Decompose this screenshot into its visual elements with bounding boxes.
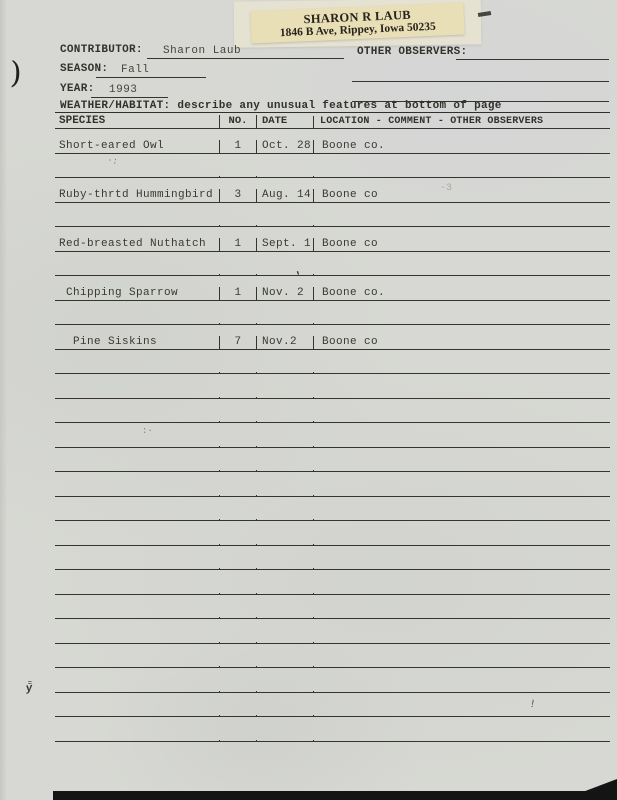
faint-ghost-mark: -3 xyxy=(440,183,452,194)
cell-no xyxy=(219,176,256,177)
cell-species xyxy=(55,421,219,422)
pen-mark-paren: ) xyxy=(9,56,22,91)
cell-species: Chipping Sparrow xyxy=(55,287,219,300)
cell-location xyxy=(313,421,610,422)
cell-no xyxy=(219,397,256,398)
pen-mark-y-bottom: y xyxy=(26,686,33,693)
cell-date xyxy=(256,495,313,496)
cell-date xyxy=(256,740,313,741)
cell-location xyxy=(313,568,610,569)
cell-species xyxy=(55,176,219,177)
table-row-blank xyxy=(55,668,610,693)
cell-location xyxy=(313,740,610,741)
cell-date xyxy=(256,666,313,667)
cell-no: 7 xyxy=(219,336,256,349)
cell-species xyxy=(55,397,219,398)
cell-location xyxy=(313,495,610,496)
table-row-blank xyxy=(55,203,610,228)
cell-species xyxy=(55,446,219,447)
cell-location: Boone co xyxy=(313,238,610,251)
header-date: DATE xyxy=(256,115,313,128)
cell-no xyxy=(219,470,256,471)
cell-location xyxy=(313,691,610,692)
cell-location xyxy=(313,446,610,447)
cell-no: 1 xyxy=(219,238,256,251)
cell-no xyxy=(219,642,256,643)
cell-species xyxy=(55,323,219,324)
table-row-blank xyxy=(55,154,610,179)
cell-location: Boone co xyxy=(313,189,610,202)
cell-no xyxy=(219,568,256,569)
cell-location xyxy=(313,715,610,716)
cell-date xyxy=(256,519,313,520)
cell-location xyxy=(313,593,610,594)
speck-mark-1: ·: xyxy=(106,155,119,167)
cell-location xyxy=(313,642,610,643)
table-row-blank xyxy=(55,252,610,277)
table-row-blank xyxy=(55,521,610,546)
cell-no: 3 xyxy=(219,189,256,202)
cell-date xyxy=(256,323,313,324)
cell-species xyxy=(55,470,219,471)
cell-date xyxy=(256,397,313,398)
cell-no: 1 xyxy=(219,140,256,153)
table-row-blank xyxy=(55,644,610,669)
cell-no xyxy=(219,225,256,226)
table-row-blank xyxy=(55,497,610,522)
header-species: SPECIES xyxy=(55,115,219,128)
cell-date: Oct. 28 xyxy=(256,140,313,153)
table-row-blank xyxy=(55,301,610,326)
scanned-form-page: SHARON R LAUB 1846 B Ave, Rippey, Iowa 5… xyxy=(0,0,617,800)
cell-no xyxy=(219,519,256,520)
cell-no xyxy=(219,372,256,373)
weather-habitat-line: WEATHER/HABITAT: describe any unusual fe… xyxy=(60,100,502,112)
cell-date: Aug. 14 xyxy=(256,189,313,202)
cell-date xyxy=(256,225,313,226)
cell-date xyxy=(256,446,313,447)
cell-no xyxy=(219,544,256,545)
cell-no xyxy=(219,666,256,667)
cell-species xyxy=(55,225,219,226)
table-row-entry: Chipping Sparrow1Nov. 2Boone co. xyxy=(55,276,610,301)
cell-species: Pine Siskins xyxy=(55,336,219,349)
cell-date xyxy=(256,176,313,177)
cell-species: Red-breasted Nuthatch xyxy=(55,238,219,251)
year-label: YEAR: xyxy=(60,83,95,95)
season-value: Fall xyxy=(121,64,149,76)
cell-species xyxy=(55,519,219,520)
table-row-entry: Short-eared Owl1Oct. 28Boone co. xyxy=(55,129,610,154)
table-row-entry: Pine Siskins7Nov.2Boone co xyxy=(55,325,610,350)
season-underline xyxy=(96,63,206,78)
cell-location xyxy=(313,519,610,520)
cell-species: Short-eared Owl xyxy=(55,140,219,153)
cell-species xyxy=(55,715,219,716)
other-observers-label: OTHER OBSERVERS: xyxy=(357,46,467,58)
cell-date xyxy=(256,642,313,643)
table-row-blank xyxy=(55,619,610,644)
cell-no xyxy=(219,617,256,618)
header-no: NO. xyxy=(219,115,256,128)
cell-species xyxy=(55,691,219,692)
speck-mark-2: :· xyxy=(142,426,153,436)
cell-date: Nov.2 xyxy=(256,336,313,349)
table-row-blank xyxy=(55,717,610,742)
cell-location xyxy=(313,176,610,177)
cell-location xyxy=(313,372,610,373)
cell-species: Ruby-thrtd Hummingbird xyxy=(55,189,219,202)
cell-species xyxy=(55,617,219,618)
cell-date: Sept. 1 xyxy=(256,238,313,251)
cell-date xyxy=(256,544,313,545)
cell-species xyxy=(55,495,219,496)
table-row-blank xyxy=(55,693,610,718)
cell-date xyxy=(256,617,313,618)
scan-edge-bar xyxy=(53,791,617,800)
cell-no xyxy=(219,740,256,741)
other-observers-underline-1 xyxy=(456,45,609,60)
cell-no xyxy=(219,715,256,716)
cell-date xyxy=(256,568,313,569)
cell-species xyxy=(55,593,219,594)
other-observers-underline-2 xyxy=(352,67,609,82)
contributor-value: Sharon Laub xyxy=(163,45,241,57)
cell-no xyxy=(219,323,256,324)
cell-date xyxy=(256,470,313,471)
cell-location xyxy=(313,666,610,667)
cell-species xyxy=(55,568,219,569)
cell-location xyxy=(313,397,610,398)
table-row-blank xyxy=(55,595,610,620)
cell-no xyxy=(219,691,256,692)
cell-no xyxy=(219,446,256,447)
cell-location: Boone co. xyxy=(313,140,610,153)
table-header-row: SPECIES NO. DATE LOCATION - COMMENT - OT… xyxy=(55,112,610,129)
cell-location xyxy=(313,274,610,275)
cell-date xyxy=(256,715,313,716)
cell-location xyxy=(313,617,610,618)
cell-species xyxy=(55,740,219,741)
cell-location: Boone co xyxy=(313,336,610,349)
cell-date xyxy=(256,691,313,692)
cell-location: Boone co. xyxy=(313,287,610,300)
table-body: Short-eared Owl1Oct. 28Boone co.Ruby-thr… xyxy=(55,129,610,742)
header-location: LOCATION - COMMENT - OTHER OBSERVERS xyxy=(313,116,610,128)
cell-species xyxy=(55,544,219,545)
table-row-blank xyxy=(55,448,610,473)
cell-location xyxy=(313,323,610,324)
table-row-entry: Ruby-thrtd Hummingbird3Aug. 14Boone co xyxy=(55,178,610,203)
ink-smudge xyxy=(478,11,491,17)
cell-no xyxy=(219,495,256,496)
cell-no xyxy=(219,593,256,594)
cell-species xyxy=(55,274,219,275)
cell-date xyxy=(256,421,313,422)
table-row-entry: Red-breasted Nuthatch1Sept. 1Boone co xyxy=(55,227,610,252)
cell-species xyxy=(55,372,219,373)
cell-location xyxy=(313,470,610,471)
cell-date xyxy=(256,372,313,373)
cell-location xyxy=(313,225,610,226)
table-row-blank xyxy=(55,374,610,399)
cell-location xyxy=(313,544,610,545)
pen-mark-y: = y xyxy=(26,682,33,693)
cell-no xyxy=(219,421,256,422)
year-value: 1993 xyxy=(109,84,137,96)
table-row-blank xyxy=(55,546,610,571)
table-row-blank xyxy=(55,423,610,448)
table-row-blank xyxy=(55,570,610,595)
cell-species xyxy=(55,642,219,643)
cell-date xyxy=(256,593,313,594)
cell-no xyxy=(219,274,256,275)
cell-date xyxy=(256,274,313,275)
table-row-blank xyxy=(55,350,610,375)
cell-species xyxy=(55,666,219,667)
contributor-label: CONTRIBUTOR: xyxy=(60,44,143,56)
cell-date: Nov. 2 xyxy=(256,287,313,300)
table-row-blank xyxy=(55,472,610,497)
table-row-blank xyxy=(55,399,610,424)
cell-no: 1 xyxy=(219,287,256,300)
observations-table: SPECIES NO. DATE LOCATION - COMMENT - OT… xyxy=(55,112,610,742)
